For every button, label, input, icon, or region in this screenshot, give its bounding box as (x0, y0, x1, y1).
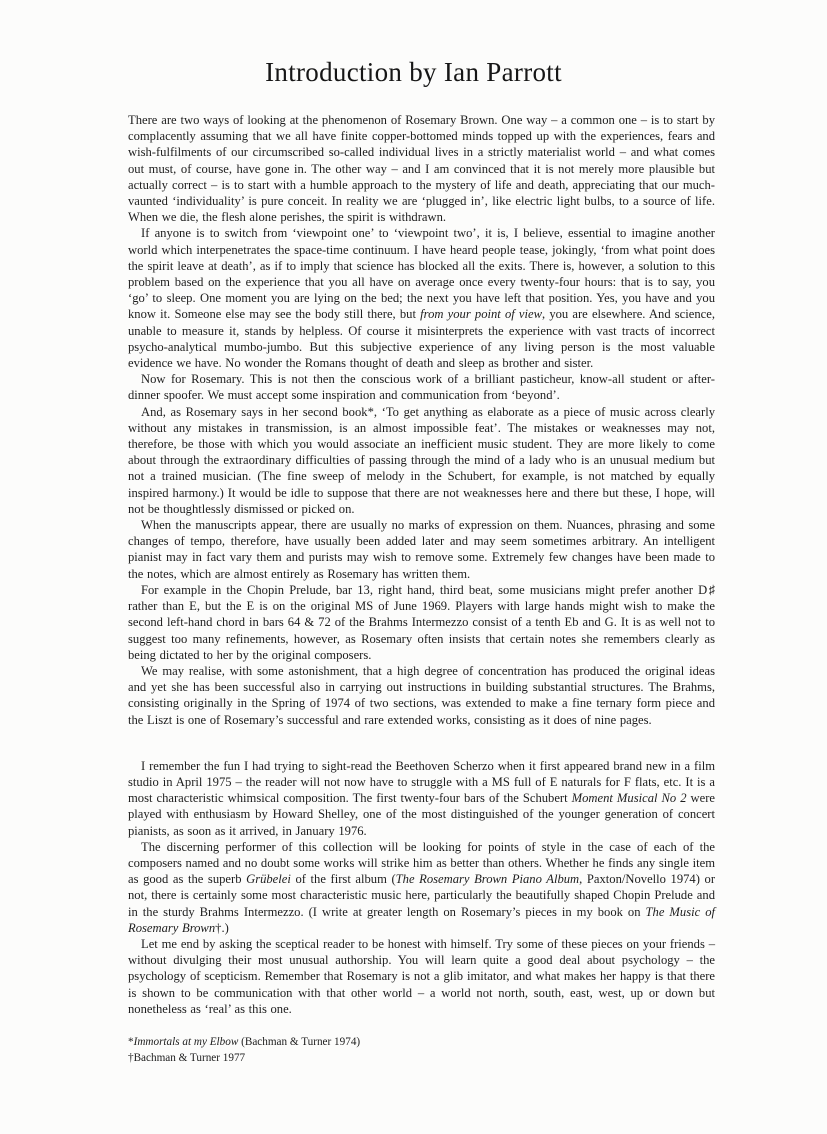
text-run: There are two ways of looking at the phe… (128, 113, 715, 224)
footnote: *Immortals at my Elbow (Bachman & Turner… (128, 1034, 715, 1051)
text-run: Let me end by asking the sceptical reade… (128, 937, 715, 1016)
paragraph: There are two ways of looking at the phe… (128, 112, 715, 225)
italic-text: Immortals at my Elbow (134, 1036, 239, 1048)
footnotes: *Immortals at my Elbow (Bachman & Turner… (128, 1034, 715, 1067)
book-page: Introduction by Ian Parrott There are tw… (0, 0, 827, 1134)
italic-text: The Rosemary Brown Piano Album (396, 872, 579, 886)
body-text: There are two ways of looking at the phe… (128, 112, 715, 1017)
italic-text: Moment Musical No 2 (572, 791, 687, 805)
paragraph: And, as Rosemary says in her second book… (128, 404, 715, 517)
text-run: †.) (215, 921, 229, 935)
paragraph: Now for Rosemary. This is not then the c… (128, 371, 715, 403)
text-run: For example in the Chopin Prelude, bar 1… (128, 583, 715, 662)
footnote: †Bachman & Turner 1977 (128, 1050, 715, 1067)
italic-text: from your point of view (420, 307, 542, 321)
text-run: When the manuscripts appear, there are u… (128, 518, 715, 581)
text-run: Now for Rosemary. This is not then the c… (128, 372, 715, 402)
paragraph: The discerning performer of this collect… (128, 839, 715, 936)
text-run: of the first album ( (291, 872, 396, 886)
paragraph: I remember the fun I had trying to sight… (128, 758, 715, 839)
paragraph: If anyone is to switch from ‘viewpoint o… (128, 225, 715, 371)
paragraph: We may realise, with some astonishment, … (128, 663, 715, 728)
text-run: †Bachman & Turner 1977 (128, 1052, 245, 1064)
text-run: (Bachman & Turner 1974) (238, 1036, 360, 1048)
page-title: Introduction by Ian Parrott (0, 0, 827, 88)
text-run: We may realise, with some astonishment, … (128, 664, 715, 727)
paragraph: When the manuscripts appear, there are u… (128, 517, 715, 582)
italic-text: Grübelei (246, 872, 291, 886)
paragraph: Let me end by asking the sceptical reade… (128, 936, 715, 1017)
paragraph: For example in the Chopin Prelude, bar 1… (128, 582, 715, 663)
text-run: And, as Rosemary says in her second book… (128, 405, 715, 516)
